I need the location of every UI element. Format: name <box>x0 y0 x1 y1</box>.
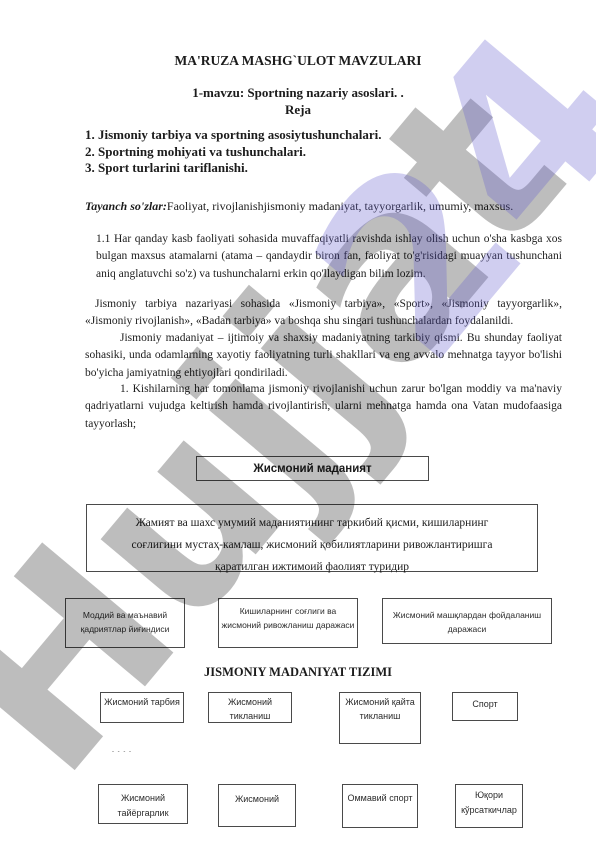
physical-culture-box: Жисмоний маданият <box>196 456 429 481</box>
component-box: Моддий ва маънавий қадриятлар йиғиндиси <box>65 598 185 648</box>
keywords-label: Tayanch so'zlar: <box>85 199 167 213</box>
component-box: Кишиларнинг соғлиги ва жисмоний ривожлан… <box>218 598 358 648</box>
bottom-box: Жисмоний тайёргарлик <box>98 784 188 824</box>
system-box: Спорт <box>452 692 518 721</box>
system-title: JISMONIY MADANIYAT TIZIMI <box>0 665 596 680</box>
body-paragraph: Jismoniy madaniyat – ijtimoiy va shaxsiy… <box>85 330 562 382</box>
system-box: Жисмоний тикланиш <box>208 692 292 723</box>
bottom-box: Юқори кўрсаткичлар <box>455 784 523 828</box>
plan-item: 2. Sportning mohiyati va tushunchalari. <box>85 144 565 161</box>
body-paragraph: 1. Kishilarning har tomonlama jismoniy r… <box>85 381 562 433</box>
page-title: MA'RUZA MASHG`ULOT MAVZULARI <box>0 53 596 69</box>
topic-subtitle: 1-mavzu: Sportning nazariy asoslari. . <box>0 85 596 101</box>
bottom-box: Жисмоний <box>218 784 296 827</box>
plan-list: 1. Jismoniy tarbiya va sportning asosiyt… <box>85 127 565 177</box>
plan-item: 1. Jismoniy tarbiya va sportning asosiyt… <box>85 127 565 144</box>
document-page: MA'RUZA MASHG`ULOT MAVZULARI 1-mavzu: Sp… <box>0 0 596 842</box>
body-paragraph: Jismoniy tarbiya nazariyasi sohasida «Ji… <box>85 296 562 331</box>
keywords-text: Faoliyat, rivojlanishjismoniy madaniyat,… <box>167 199 513 213</box>
plan-item: 3. Sport turlarini tariflanishi. <box>85 160 565 177</box>
system-box: Жисмоний қайта тикланиш <box>339 692 421 744</box>
plan-heading: Reja <box>0 102 596 118</box>
connector-dashes: - - - - <box>112 749 132 755</box>
definition-box: Жамият ва шахс умумий маданиятининг тарк… <box>86 504 538 572</box>
component-box: Жисмоний машқлардан фойдаланиш даражаси <box>382 598 552 644</box>
system-box: Жисмоний тарбия <box>100 692 184 723</box>
body-paragraph: 1.1 Har qanday kasb faoliyati sohasida m… <box>96 231 562 283</box>
bottom-box: Оммавий спорт <box>342 784 418 828</box>
keywords-line: Tayanch so'zlar:Faoliyat, rivojlanishjis… <box>85 199 563 214</box>
